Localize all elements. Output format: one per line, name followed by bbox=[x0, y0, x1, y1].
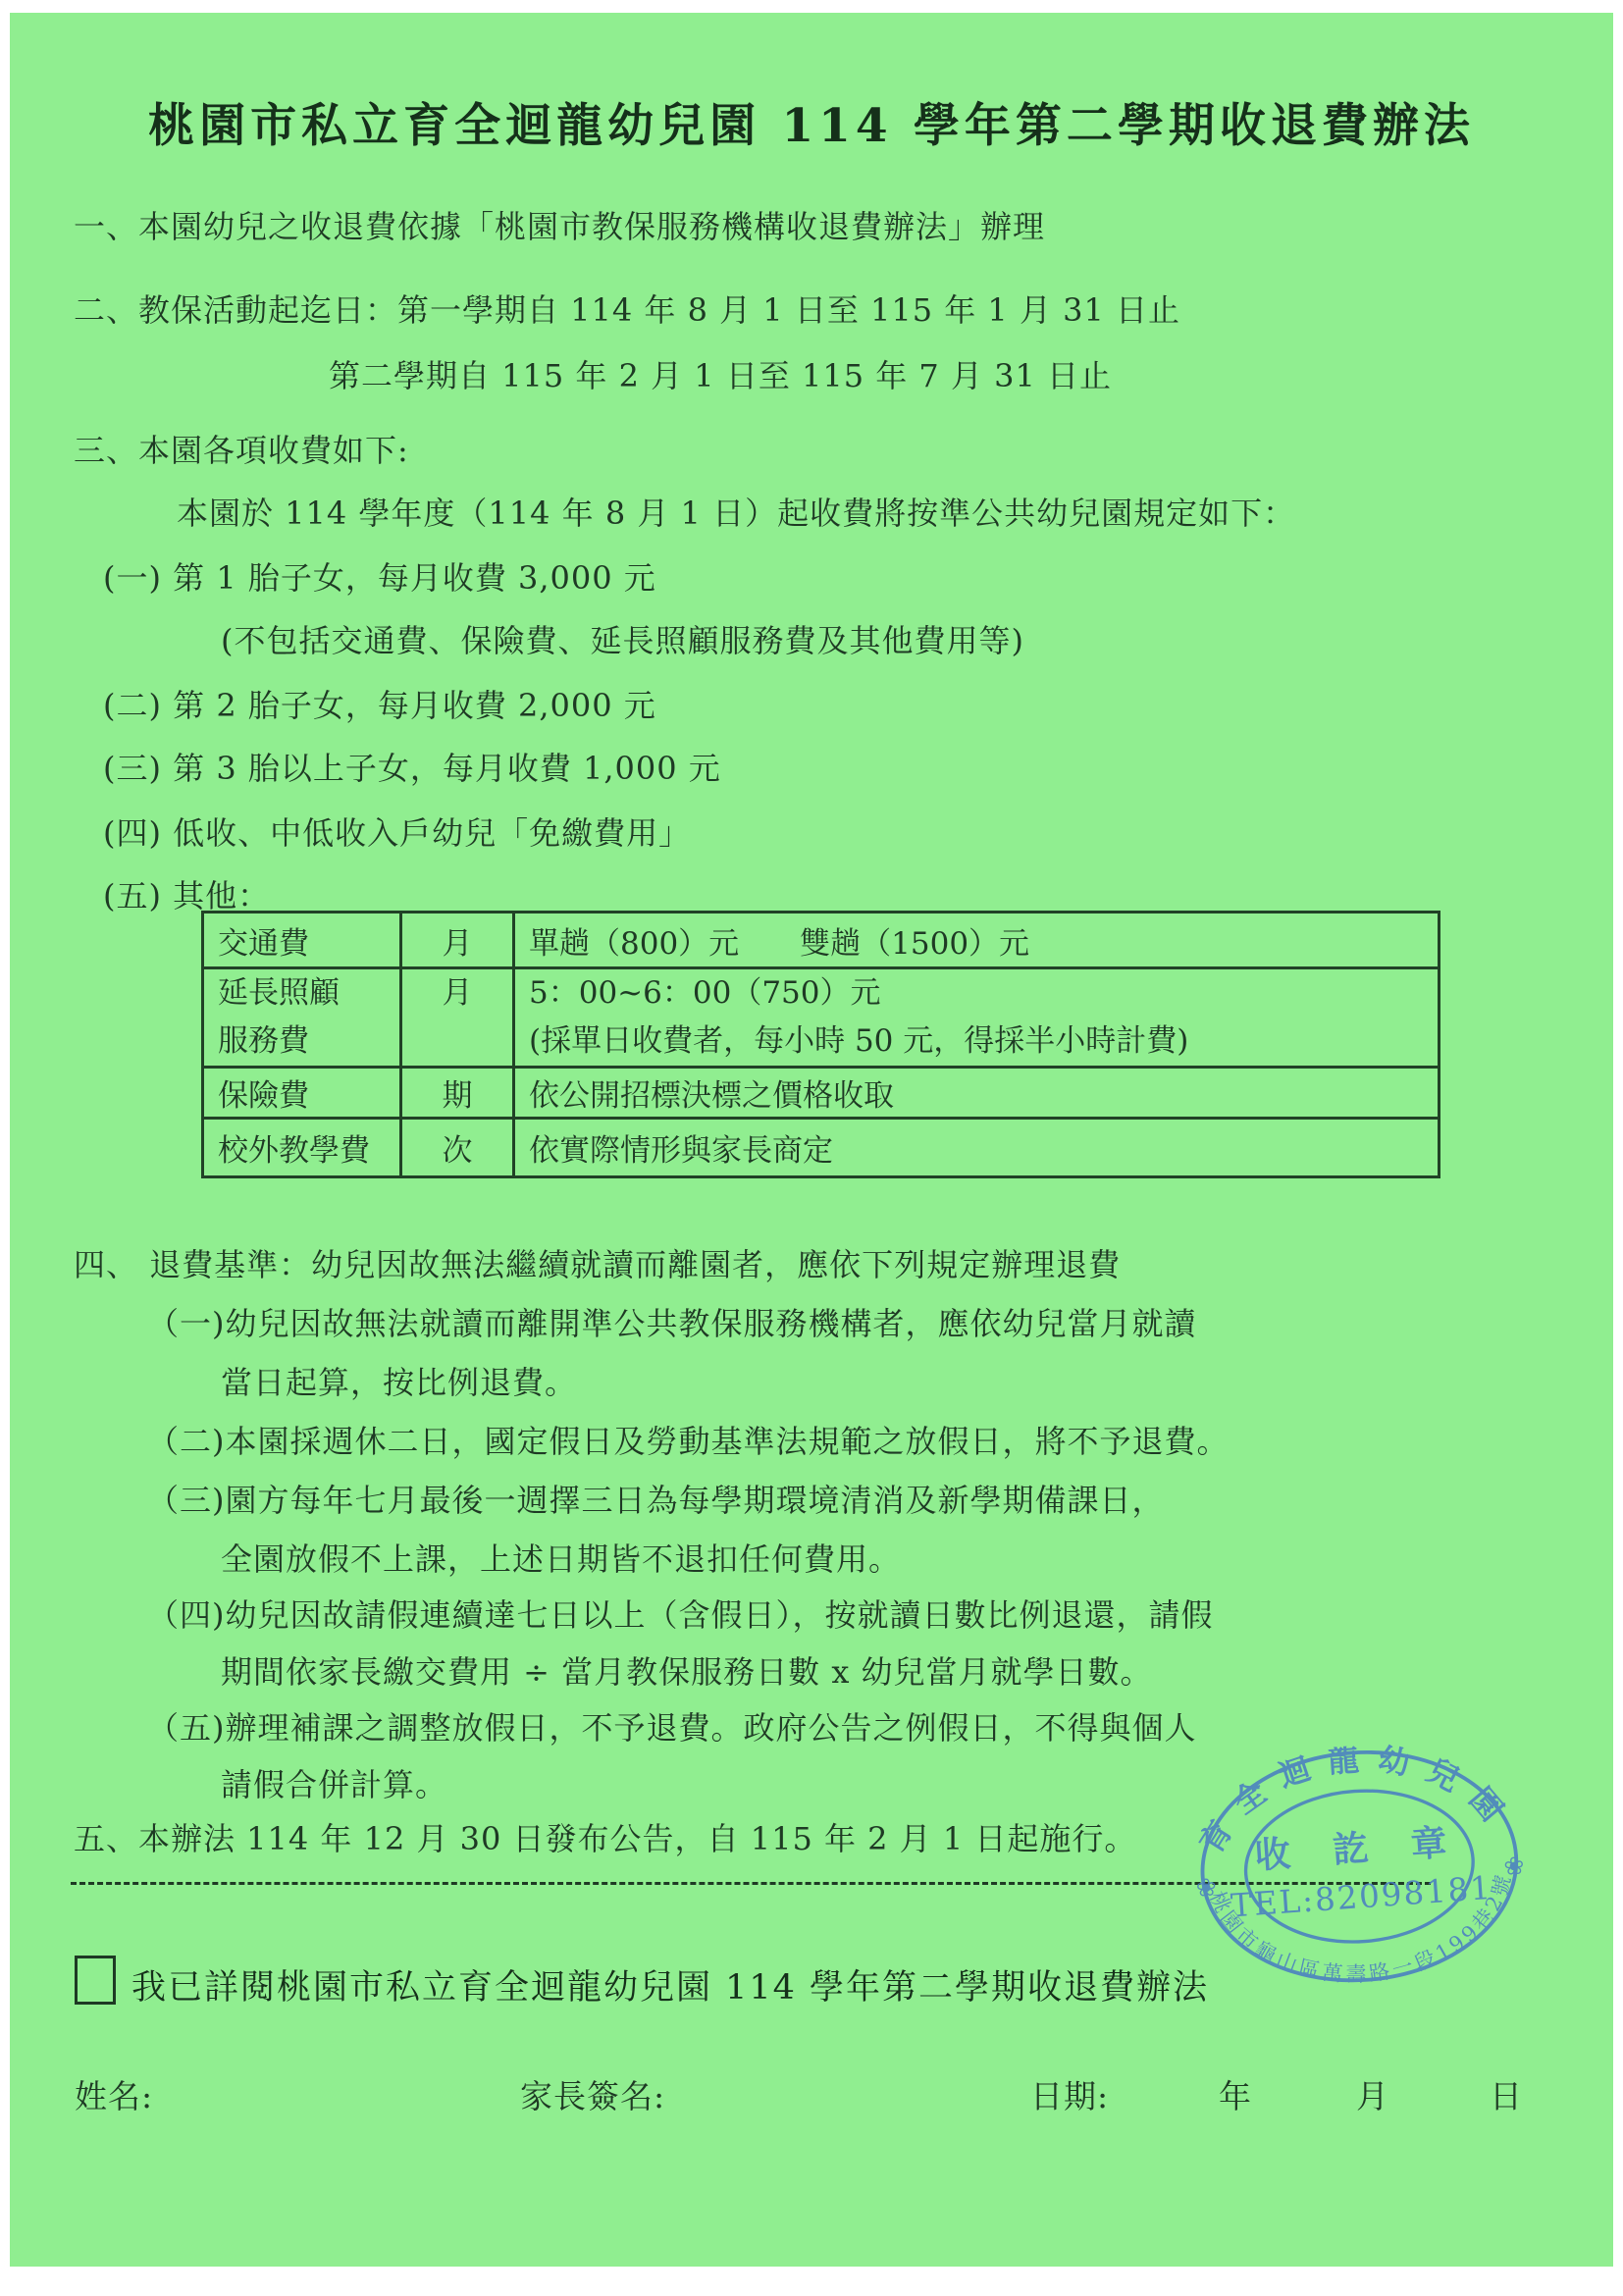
month-label: 月 bbox=[1356, 2078, 1389, 2115]
stamp-outer-ring bbox=[1195, 1742, 1524, 1991]
svg-text:桃園市龜山區萬壽路一段199巷2號: 桃園市龜山區萬壽路一段199巷2號 bbox=[1204, 1867, 1523, 1997]
rule-3-item-2: (二) 第 2 胎子女，每月收費 2,000 元 bbox=[103, 688, 656, 724]
rule-3: 三、本園各項收費如下: bbox=[74, 433, 409, 469]
rule-4-item-1: （一)幼兒因故無法就讀而離開準公共教保服務機構者，應依幼兒當月就讀 bbox=[147, 1306, 1197, 1342]
rule-3-item-5: (五) 其他： bbox=[103, 878, 270, 914]
fee-desc-line-2: (採單日收費者，每小時 50 元，得採半小時計費) bbox=[529, 1018, 1438, 1066]
table-row-insurance: 保險費 期 依公開招標決標之價格收取 bbox=[203, 1068, 1440, 1119]
rule-4-item-5-continuation: 請假合併計算。 bbox=[221, 1767, 447, 1803]
rule-5: 五、本辦法 114 年 12 月 30 日發布公告，自 115 年 2 月 1 … bbox=[74, 1821, 1136, 1857]
name-label: 姓名: bbox=[75, 2078, 153, 2115]
fee-unit-cell: 月 bbox=[401, 913, 514, 968]
rule-3-item-1: (一) 第 1 胎子女，每月收費 3,000 元 bbox=[103, 560, 656, 597]
stamp-address-text: 桃園市龜山區萬壽路一段199巷2號 bbox=[1204, 1867, 1523, 1997]
fee-unit-cell: 期 bbox=[401, 1068, 514, 1119]
rule-4-item-3: （三)園方每年七月最後一週擇三日為每學期環境清消及新學期備課日， bbox=[147, 1483, 1165, 1519]
date-label: 日期: bbox=[1030, 2078, 1109, 2115]
year-label: 年 bbox=[1219, 2078, 1252, 2115]
fee-unit-cell: 次 bbox=[401, 1119, 514, 1177]
table-row-extended-care: 延長照顧 服務費 月 5：00~6：00（750）元 (採單日收費者，每小時 5… bbox=[203, 968, 1440, 1068]
stamp-received-seal-text: 收 訖 章 bbox=[1253, 1820, 1463, 1877]
acknowledgement-text: 我已詳閱桃園市私立育全迴龍幼兒園 114 學年第二學期收退費辦法 bbox=[131, 1960, 1209, 2009]
fee-desc-cell: 依公開招標決標之價格收取 bbox=[514, 1068, 1440, 1119]
rule-4-item-4-continuation: 期間依家長繳交費用 ÷ 當月教保服務日數 x 幼兒當月就學日數。 bbox=[221, 1654, 1153, 1691]
receipt-stamp-graphic: 育全迴龍幼兒園 桃園市龜山區萬壽路一段199巷2號 收 訖 章 TEL:8209… bbox=[1182, 1734, 1538, 2002]
rule-3-intro: 本園於 114 學年度（114 年 8 月 1 日）起收費將按準公共幼兒園規定如… bbox=[177, 496, 1295, 532]
fee-unit-text: 月 bbox=[402, 969, 512, 1018]
fee-name-cell: 保險費 bbox=[203, 1068, 401, 1119]
fee-desc-line-1: 5：00~6：00（750）元 bbox=[529, 969, 1438, 1018]
svg-text:育全迴龍幼兒園: 育全迴龍幼兒園 bbox=[1186, 1734, 1522, 1861]
fee-desc-cell: 單趟（800）元 雙趟（1500）元 bbox=[514, 913, 1440, 968]
stamp-phone-text: TEL:82098181 bbox=[1230, 1869, 1493, 1925]
rule-4: 四、 退費基準：幼兒因故無法繼續就讀而離園者，應依下列規定辦理退費 bbox=[74, 1247, 1121, 1283]
rule-2-continuation: 第二學期自 115 年 2 月 1 日至 115 年 7 月 31 日止 bbox=[329, 358, 1112, 394]
stamp-flower-left-icon: ❀ bbox=[1195, 1872, 1218, 1902]
acknowledgement-checkbox bbox=[75, 1956, 116, 2005]
fee-desc-cell: 依實際情形與家長商定 bbox=[514, 1119, 1440, 1177]
rule-4-item-2: （二)本園採週休二日，國定假日及勞動基準法規範之放假日，將不予退費。 bbox=[147, 1424, 1230, 1460]
day-label: 日 bbox=[1490, 2078, 1523, 2115]
rule-3-item-4: (四) 低收、中低收入戶幼兒「免繳費用」 bbox=[103, 815, 691, 852]
table-row-field-trip: 校外教學費 次 依實際情形與家長商定 bbox=[203, 1119, 1440, 1177]
fee-desc-cell: 5：00~6：00（750）元 (採單日收費者，每小時 50 元，得採半小時計費… bbox=[514, 968, 1440, 1068]
rule-3-item-1-note: (不包括交通費、保險費、延長照顧服務費及其他費用等) bbox=[221, 623, 1024, 659]
stamp-flower-right-icon: ❀ bbox=[1502, 1852, 1525, 1881]
rule-4-item-5: （五)辦理補課之調整放假日，不予退費。政府公告之例假日，不得與個人 bbox=[147, 1710, 1197, 1747]
rule-4-item-3-continuation: 全園放假不上課，上述日期皆不退扣任何費用。 bbox=[221, 1541, 901, 1578]
green-paper-sheet: 桃園市私立育全迴龍幼兒園 114 學年第二學期收退費辦法 一、本園幼兒之收退費依… bbox=[10, 13, 1613, 2267]
rule-4-item-4: （四)幼兒因故請假連續達七日以上（含假日），按就讀日數比例退還，請假 bbox=[147, 1597, 1214, 1634]
receipt-stamp: 育全迴龍幼兒園 桃園市龜山區萬壽路一段199巷2號 收 訖 章 TEL:8209… bbox=[1182, 1734, 1538, 2002]
document-title: 桃園市私立育全迴龍幼兒園 114 學年第二學期收退費辦法 bbox=[10, 89, 1613, 155]
stamp-kindergarten-name: 育全迴龍幼兒園 bbox=[1186, 1734, 1522, 1861]
rule-3-item-3: (三) 第 3 胎以上子女，每月收費 1,000 元 bbox=[103, 751, 721, 787]
scanned-document: { "doc": { "title": "桃園市私立育全迴龍幼兒園 114 學年… bbox=[0, 0, 1623, 2296]
fee-name-line-1: 延長照顧 bbox=[218, 969, 399, 1018]
dashed-cut-line bbox=[71, 1882, 1431, 1885]
table-row-transport: 交通費 月 單趟（800）元 雙趟（1500）元 bbox=[203, 913, 1440, 968]
rule-4-item-1-continuation: 當日起算，按比例退費。 bbox=[221, 1365, 577, 1401]
parent-signature-label: 家長簽名: bbox=[520, 2078, 665, 2115]
fee-name-line-2: 服務費 bbox=[218, 1018, 399, 1066]
fee-table: 交通費 月 單趟（800）元 雙趟（1500）元 延長照顧 服務費 月 5：00… bbox=[201, 911, 1440, 1178]
stamp-inner-ring bbox=[1240, 1784, 1478, 1950]
fee-name-cell: 校外教學費 bbox=[203, 1119, 401, 1177]
rule-1: 一、本園幼兒之收退費依據「桃園市教保服務機構收退費辦法」辦理 bbox=[74, 209, 1045, 245]
fee-name-cell: 延長照顧 服務費 bbox=[203, 968, 401, 1068]
rule-2: 二、教保活動起迄日：第一學期自 114 年 8 月 1 日至 115 年 1 月… bbox=[74, 292, 1180, 329]
fee-unit-cell: 月 bbox=[401, 968, 514, 1068]
fee-name-cell: 交通費 bbox=[203, 913, 401, 968]
